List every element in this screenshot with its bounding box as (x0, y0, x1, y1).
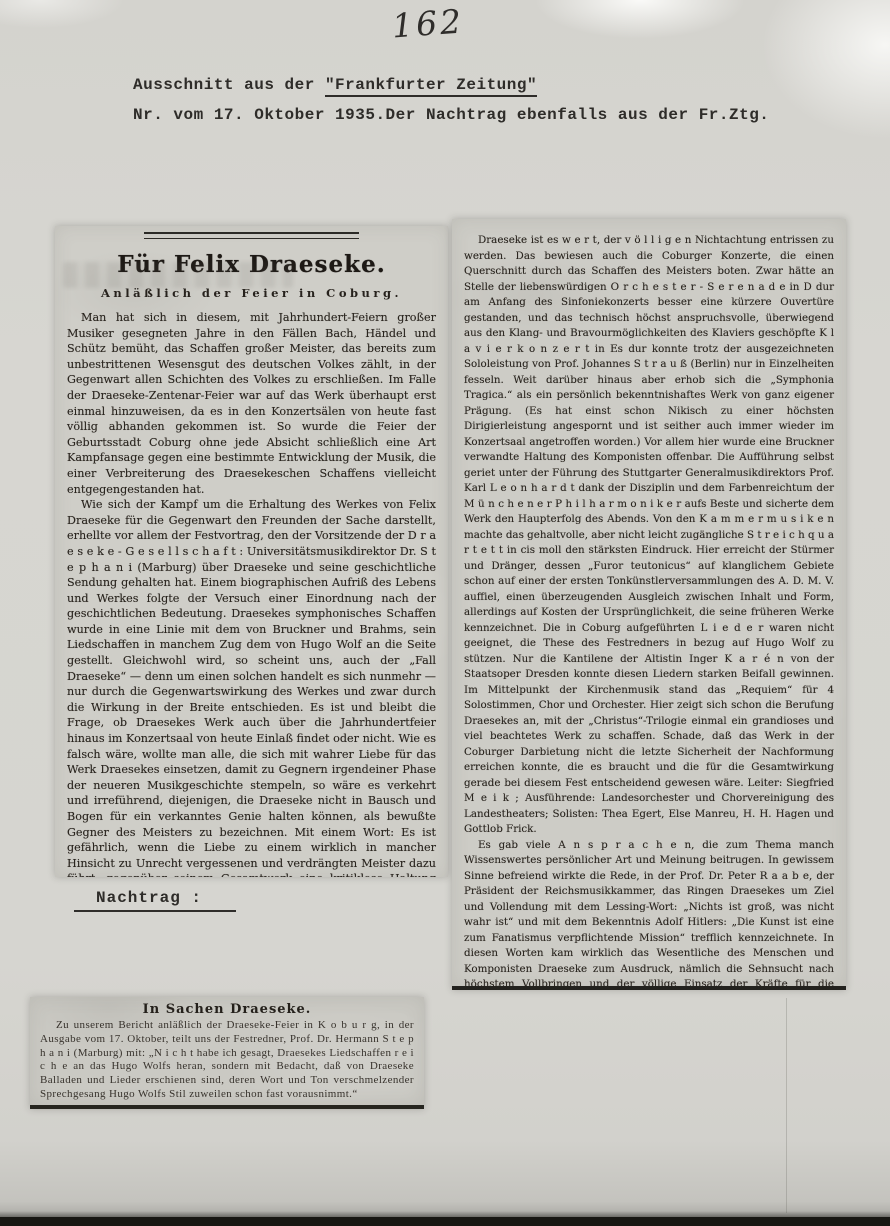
newspaper-clipping-right-column: Draeseke ist es w e r t, der v ö l l i g… (452, 219, 846, 990)
paper-fold-line (786, 998, 787, 1213)
article-subtitle: Anläßlich der Feier in Coburg. (67, 286, 436, 300)
nachtrag-label: Nachtrag : (74, 889, 236, 912)
newspaper-clipping-left-column: Für Felix Draeseke. Anläßlich der Feier … (55, 226, 448, 877)
addendum-body: Zu unserem Bericht anläßlich der Draesek… (40, 1019, 414, 1102)
article-paragraph: Wie sich der Kampf um die Erhaltung des … (67, 497, 436, 877)
scanned-document-page: 162 Ausschnitt aus der "Frankfurter Zeit… (0, 0, 890, 1226)
article-right-column-body: Draeseke ist es w e r t, der v ö l l i g… (464, 233, 834, 990)
article-paragraph: Es gab viele A n s p r a c h e n, die zu… (464, 838, 834, 991)
scan-edge-strip (0, 1217, 890, 1226)
typed-header-prefix: Ausschnitt aus der (133, 76, 315, 94)
double-rule-divider (144, 232, 359, 239)
typed-header-source-underlined: "Frankfurter Zeitung" (325, 76, 537, 97)
print-ghosting-artifact (63, 262, 293, 288)
handwritten-page-number: 162 (391, 2, 466, 46)
article-paragraph: Draeseke ist es w e r t, der v ö l l i g… (464, 233, 834, 838)
addendum-title: In Sachen Draeseke. (40, 1002, 414, 1017)
article-left-column-body: Man hat sich in diesem, mit Jahrhundert-… (67, 310, 436, 877)
newspaper-clipping-addendum: In Sachen Draeseke. Zu unserem Bericht a… (30, 997, 424, 1109)
article-paragraph: Man hat sich in diesem, mit Jahrhundert-… (67, 310, 436, 497)
typed-header: Ausschnitt aus der "Frankfurter Zeitung"… (133, 76, 769, 124)
typed-header-line-1: Ausschnitt aus der "Frankfurter Zeitung" (133, 76, 769, 94)
typed-header-line-2: Nr. vom 17. Oktober 1935.Der Nachtrag eb… (133, 106, 769, 124)
